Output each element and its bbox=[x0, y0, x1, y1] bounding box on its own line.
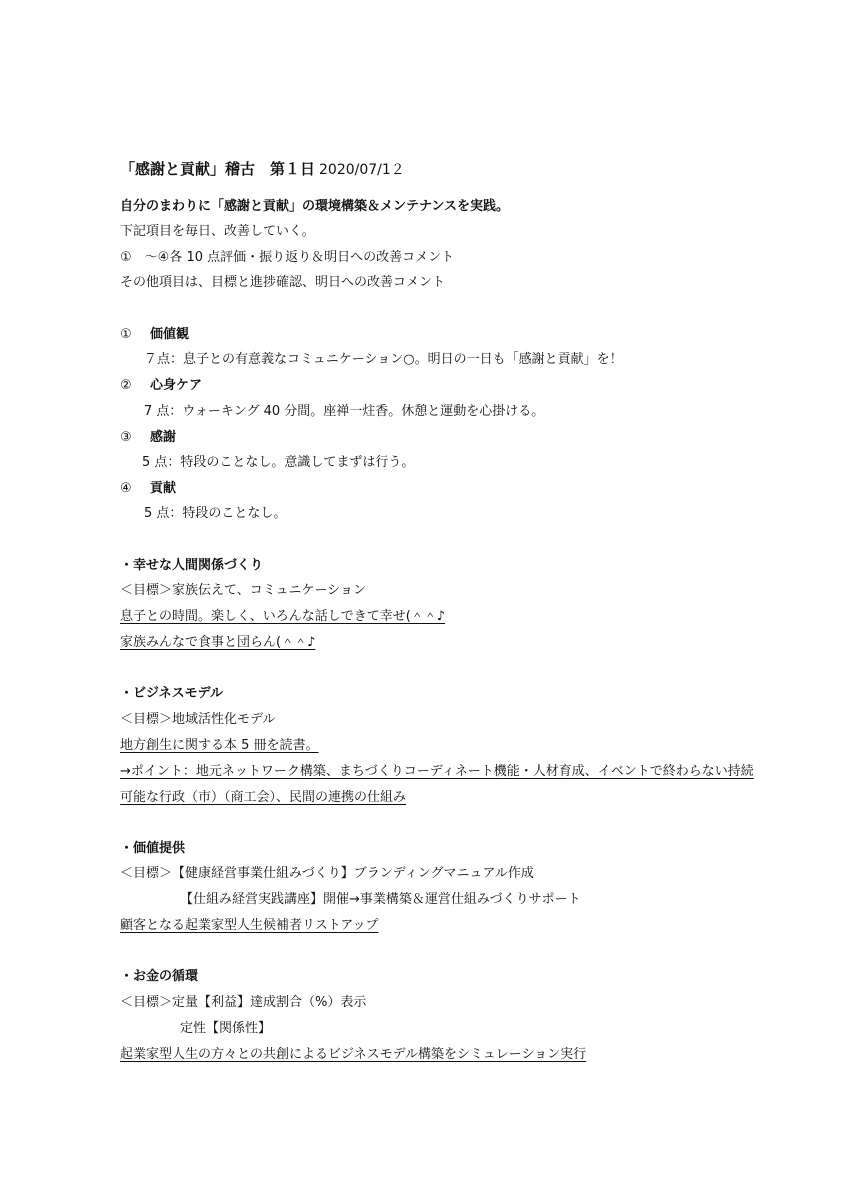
section-heading-money-circulation: ・お金の循環 bbox=[120, 968, 198, 986]
section-item: 息子との時間。楽しく、いろんな話しできて幸せ(＾＾♪ bbox=[120, 608, 445, 626]
score-comment: 7 点：ウォーキング 40 分間。座禅一炷香。休憩と運動を心掛ける。 bbox=[144, 403, 544, 421]
section-goal-continued: 【仕組み経営実践講座】開催→事業構築＆運営仕組みづくりサポート bbox=[180, 891, 581, 909]
section-heading-value-provision: ・価値提供 bbox=[120, 840, 185, 858]
score-number: ② bbox=[120, 377, 150, 395]
intro-line: ① ～④各 10 点評価・振り返り＆明日への改善コメント bbox=[120, 249, 454, 267]
score-label: 感謝 bbox=[150, 430, 176, 445]
section-item: 起業家型人生の方々との共創によるビジネスモデル構築をシミュレーション実行 bbox=[120, 1046, 586, 1064]
section-goal: ＜目標＞地域活性化モデル bbox=[120, 711, 275, 729]
score-number: ④ bbox=[120, 480, 150, 498]
section-item: 地方創生に関する本 5 冊を読書。 bbox=[120, 737, 319, 755]
score-comment: ７点：息子との有意義なコミュニケーション○。明日の一日も「感謝と貢献」を！ bbox=[144, 351, 623, 369]
section-item: 可能な行政（市）（商工会）、民間の連携の仕組み bbox=[120, 789, 406, 807]
score-heading-contribution: ④貢献 bbox=[120, 480, 176, 498]
intro-line: その他項目は、目標と進捗確認、明日への改善コメント bbox=[120, 274, 445, 292]
score-heading-body-care: ②心身ケア bbox=[120, 377, 202, 395]
intro-line: 下記項目を毎日、改善していく。 bbox=[120, 223, 315, 241]
section-goal: ＜目標＞家族伝えて、コミュニケーション bbox=[120, 582, 366, 600]
section-heading-business-model: ・ビジネスモデル bbox=[120, 685, 223, 703]
section-item: 家族みんなで食事と団らん(＾＾♪ bbox=[120, 634, 315, 652]
score-number: ③ bbox=[120, 429, 150, 447]
section-goal: ＜目標＞【健康経営事業仕組みづくり】ブランディングマニュアル作成 bbox=[120, 865, 534, 883]
section-heading-relationships: ・幸せな人間関係づくり bbox=[120, 557, 263, 575]
score-label: 価値観 bbox=[150, 327, 189, 342]
section-item: →ポイント：地元ネットワーク構築、まちづくりコーディネート機能・人材育成、イベン… bbox=[120, 763, 754, 781]
score-label: 心身ケア bbox=[150, 378, 202, 393]
score-heading-gratitude: ③感謝 bbox=[120, 429, 176, 447]
section-goal: ＜目標＞定量【利益】達成割合（%）表示 bbox=[120, 994, 366, 1012]
title-text: 「感謝と貢献」稽古 第１日 bbox=[120, 160, 315, 178]
score-label: 貢献 bbox=[150, 481, 176, 496]
score-heading-values: ①価値観 bbox=[120, 326, 189, 344]
section-item: 顧客となる起業家型人生候補者リストアップ bbox=[120, 917, 378, 935]
document-title: 「感謝と貢献」稽古 第１日2020/07/1２ bbox=[120, 160, 405, 179]
intro-heading: 自分のまわりに「感謝と貢献」の環境構築＆メンテナンスを実践。 bbox=[120, 198, 509, 216]
score-comment: 5 点：特段のことなし。 bbox=[144, 505, 286, 523]
score-comment: 5 点：特段のことなし。意識してまずは行う。 bbox=[142, 454, 414, 472]
section-goal-continued: 定性【関係性】 bbox=[180, 1020, 271, 1038]
score-number: ① bbox=[120, 326, 150, 344]
document-date: 2020/07/1２ bbox=[319, 162, 405, 178]
